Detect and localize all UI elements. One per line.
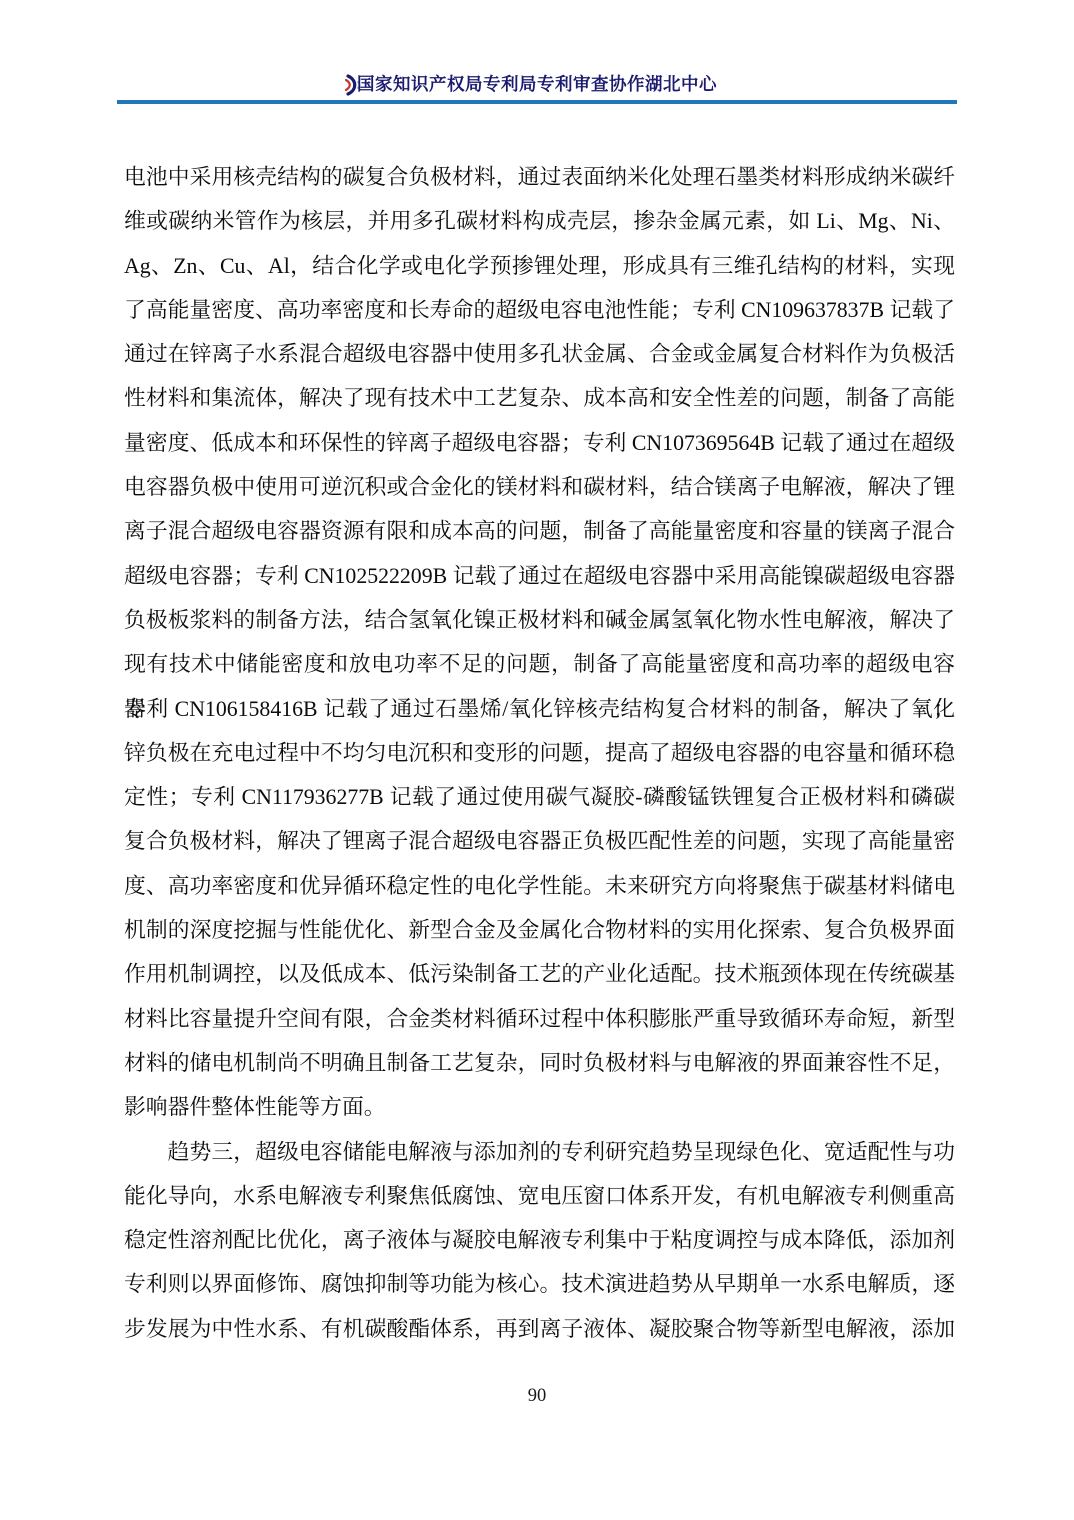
text-line: 了高能量密度、高功率密度和长寿命的超级电容电池性能；专利 CN109637837…	[124, 288, 955, 332]
text-line: 定性；专利 CN117936277B 记载了通过使用碳气凝胶-磷酸锰铁锂复合正极…	[124, 775, 955, 819]
text-line: 复合负极材料，解决了锂离子混合超级电容器正负极匹配性差的问题，实现了高能量密	[124, 819, 955, 863]
text-line: 电容器负极中使用可逆沉积或合金化的镁材料和碳材料，结合镁离子电解液，解决了锂	[124, 465, 955, 509]
text-line: 量密度、低成本和环保性的锌离子超级电容器；专利 CN107369564B 记载了…	[124, 421, 955, 465]
text-line: Ag、Zn、Cu、Al，结合化学或电化学预掺锂处理，形成具有三维孔结构的材料，实…	[124, 244, 955, 288]
text-line: 材料比容量提升空间有限，合金类材料循环过程中体积膨胀严重导致循环寿命短，新型	[124, 997, 955, 1041]
text-line: 专利则以界面修饰、腐蚀抑制等功能为核心。技术演进趋势从早期单一水系电解质，逐	[124, 1262, 955, 1306]
text-line: 性材料和集流体，解决了现有技术中工艺复杂、成本高和安全性差的问题，制备了高能	[124, 376, 955, 420]
text-line: 步发展为中性水系、有机碳酸酯体系，再到离子液体、凝胶聚合物等新型电解液，添加	[124, 1307, 955, 1351]
header-org-name: 国家知识产权局专利局专利审查协作湖北中心	[0, 72, 1074, 96]
page-header: 国家知识产权局专利局专利审查协作湖北中心	[0, 0, 1074, 110]
text-line: 度、高功率密度和优异循环稳定性的电化学性能。未来研究方向将聚焦于碳基材料储电	[124, 864, 955, 908]
text-line: 锌负极在充电过程中不均匀电沉积和变形的问题，提高了超级电容器的电容量和循环稳	[124, 731, 955, 775]
page-number: 90	[0, 1386, 1074, 1407]
text-line: 通过在锌离子水系混合超级电容器中使用多孔状金属、合金或金属复合材料作为负极活	[124, 332, 955, 376]
text-line: 材料的储电机制尚不明确且制备工艺复杂，同时负极材料与电解液的界面兼容性不足，	[124, 1041, 955, 1085]
text-line: 负极板浆料的制备方法，结合氢氧化镍正极材料和碱金属氢氧化物水性电解液，解决了	[124, 598, 955, 642]
text-line: 超级电容器；专利 CN102522209B 记载了通过在超级电容器中采用高能镍碳…	[124, 554, 955, 598]
text-line: 离子混合超级电容器资源有限和成本高的问题，制备了高能量密度和容量的镁离子混合	[124, 509, 955, 553]
text-line: 维或碳纳米管作为核层，并用多孔碳材料构成壳层，掺杂金属元素，如 Li、Mg、Ni…	[124, 199, 955, 243]
body-text: 电池中采用核壳结构的碳复合负极材料，通过表面纳米化处理石墨类材料形成纳米碳纤维或…	[124, 155, 955, 1351]
text-line: 现有技术中储能密度和放电功率不足的问题，制备了高能量密度和高功率的超级电容器；	[124, 642, 955, 686]
text-line: 电池中采用核壳结构的碳复合负极材料，通过表面纳米化处理石墨类材料形成纳米碳纤	[124, 155, 955, 199]
text-line: 机制的深度挖掘与性能优化、新型合金及金属化合物材料的实用化探索、复合负极界面	[124, 908, 955, 952]
text-line: 趋势三，超级电容储能电解液与添加剂的专利研究趋势呈现绿色化、宽适配性与功	[124, 1130, 955, 1174]
text-line: 作用机制调控，以及低成本、低污染制备工艺的产业化适配。技术瓶颈体现在传统碳基	[124, 952, 955, 996]
text-line: 专利 CN106158416B 记载了通过石墨烯/氧化锌核壳结构复合材料的制备，…	[124, 687, 955, 731]
text-line: 影响器件整体性能等方面。	[124, 1085, 955, 1129]
document-page: 国家知识产权局专利局专利审查协作湖北中心 电池中采用核壳结构的碳复合负极材料，通…	[0, 0, 1074, 1520]
header-divider-rule	[117, 100, 957, 104]
text-line: 能化导向，水系电解液专利聚焦低腐蚀、宽电压窗口体系开发，有机电解液专利侧重高	[124, 1174, 955, 1218]
text-line: 稳定性溶剂配比优化，离子液体与凝胶电解液专利集中于粘度调控与成本降低，添加剂	[124, 1218, 955, 1262]
